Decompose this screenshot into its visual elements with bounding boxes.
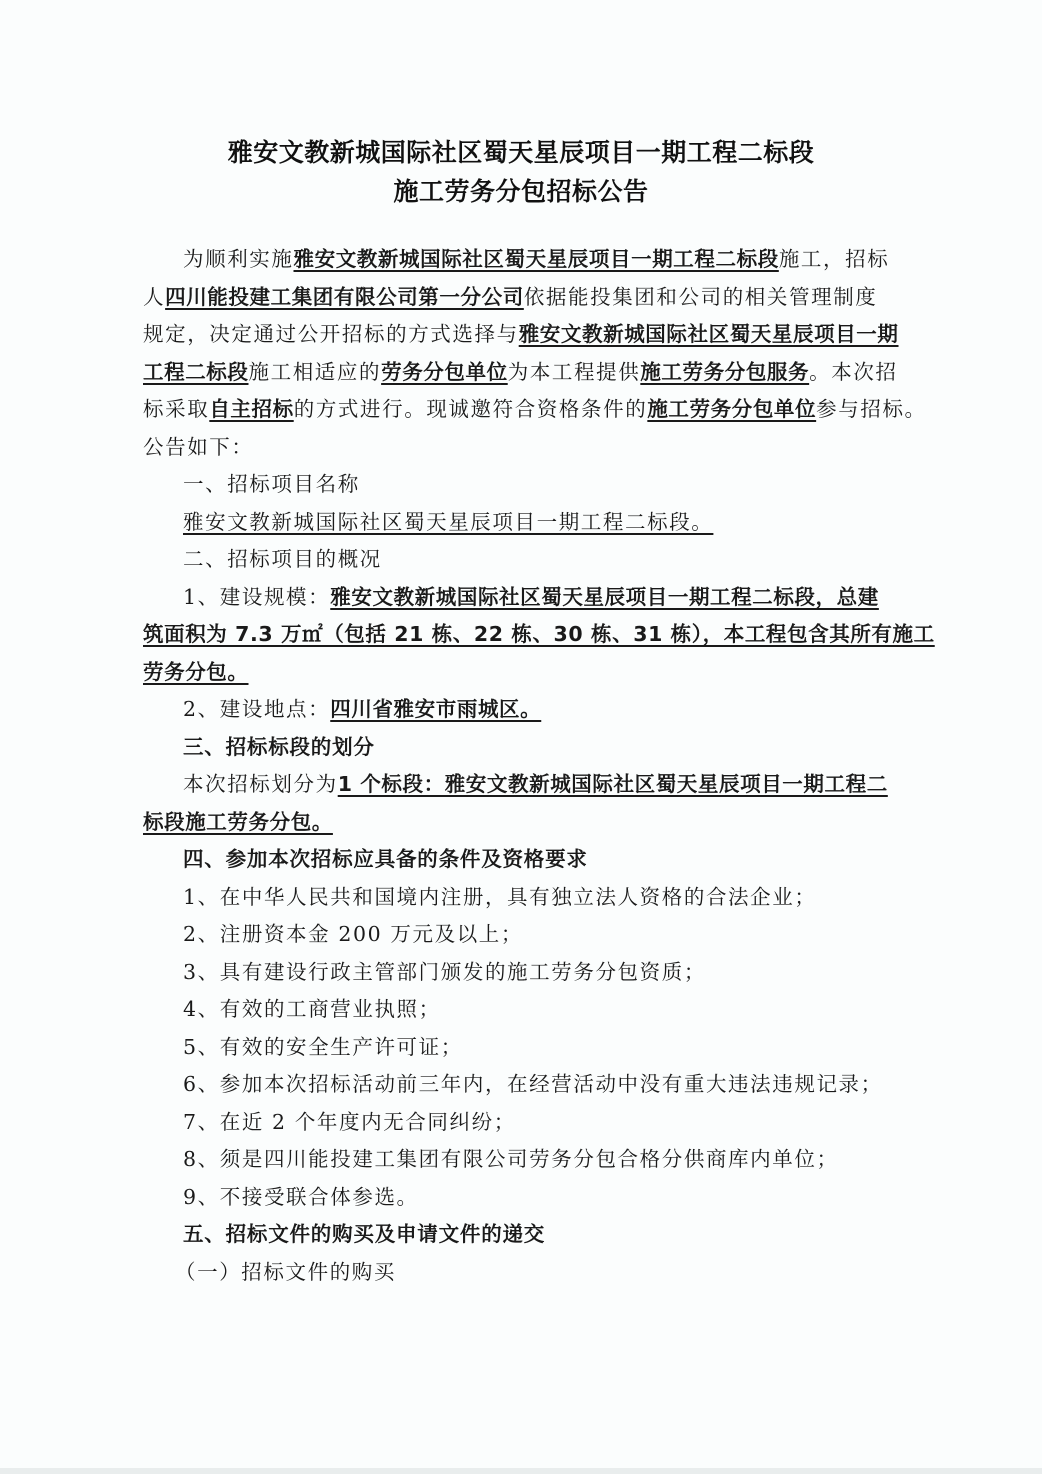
section-content: 本次招标划分为1 个标段：雅安文教新城国际社区蜀天星辰项目一期工程二 — [183, 770, 888, 798]
intro-text: 施工相适应的 — [249, 360, 382, 384]
requirement-item: 5、有效的安全生产许可证； — [183, 1033, 463, 1061]
section-heading: 五、招标文件的购买及申请文件的递交 — [183, 1220, 545, 1248]
lot-value: 1 个标段：雅安文教新城国际社区蜀天星辰项目一期工程二 — [338, 772, 888, 796]
scale-value: 雅安文教新城国际社区蜀天星辰项目一期工程二标段，总建 — [330, 585, 879, 609]
section-heading: 一、招标项目名称 — [183, 470, 360, 498]
intro-text: 标采取 — [143, 397, 209, 421]
intro-text: 施工，招标 — [779, 247, 890, 271]
requirement-item: 2、注册资本金 200 万元及以上； — [183, 920, 523, 948]
scale-value: 劳务分包。 — [143, 660, 249, 684]
requirement-item: 8、须是四川能投建工集团有限公司劳务分包合格分供商库内单位； — [183, 1145, 839, 1173]
location-label: 2、建设地点： — [183, 697, 330, 721]
project-name-underlined: 雅安文教新城国际社区蜀天星辰项目一期工程二标段。 — [183, 510, 713, 534]
intro-line: 公告如下： — [143, 433, 254, 461]
section-content: 标段施工劳务分包。 — [143, 808, 333, 836]
intro-line: 工程二标段施工相适应的劳务分包单位为本工程提供施工劳务分包服务。本次招 — [143, 358, 898, 386]
intro-line: 为顺利实施雅安文教新城国际社区蜀天星辰项目一期工程二标段施工，招标 — [183, 245, 889, 273]
requirement-item: 4、有效的工商营业执照； — [183, 995, 441, 1023]
section-heading: 四、参加本次招标应具备的条件及资格要求 — [183, 845, 588, 873]
requirement-item: 6、参加本次招标活动前三年内，在经营活动中没有重大违法违规记录； — [183, 1070, 883, 1098]
scale-value: 筑面积为 7.3 万㎡（包括 21 栋、22 栋、30 栋、31 栋），本工程包… — [143, 622, 935, 646]
section-text: 本次招标划分为 — [183, 772, 338, 796]
intro-text: 依据能投集团和公司的相关管理制度 — [524, 285, 878, 309]
service-underlined: 施工劳务分包服务 — [640, 360, 809, 384]
lot-value: 标段施工劳务分包。 — [143, 810, 333, 834]
subsection-heading: （一）招标文件的购买 — [175, 1258, 396, 1286]
document-title-line2: 施工劳务分包招标公告 — [0, 172, 1042, 208]
labor-unit-underlined: 劳务分包单位 — [381, 360, 508, 384]
section-content: 雅安文教新城国际社区蜀天星辰项目一期工程二标段。 — [183, 508, 713, 536]
intro-line: 标采取自主招标的方式进行。现诚邀符合资格条件的施工劳务分包单位参与招标。 — [143, 395, 927, 423]
scale-line: 1、建设规模：雅安文教新城国际社区蜀天星辰项目一期工程二标段，总建 — [183, 583, 879, 611]
intro-text: 的方式进行。现诚邀符合资格条件的 — [294, 397, 648, 421]
tenderer-name-underlined: 四川能投建工集团有限公司第一分公司 — [165, 285, 524, 309]
labor-unit-underlined: 施工劳务分包单位 — [647, 397, 816, 421]
requirement-item: 3、具有建设行政主管部门颁发的施工劳务分包资质； — [183, 958, 706, 986]
project-name-underlined: 雅安文教新城国际社区蜀天星辰项目一期工程二标段 — [294, 247, 779, 271]
tender-method-underlined: 自主招标 — [209, 397, 293, 421]
intro-text: 。本次招 — [809, 360, 897, 384]
project-name-underlined: 雅安文教新城国际社区蜀天星辰项目一期 — [519, 322, 899, 346]
requirement-item: 7、在近 2 个年度内无合同纠纷； — [183, 1108, 516, 1136]
scan-bottom-edge — [0, 1468, 1042, 1474]
section-heading: 二、招标项目的概况 — [183, 545, 382, 573]
document-title-line1: 雅安文教新城国际社区蜀天星辰项目一期工程二标段 — [0, 133, 1042, 169]
project-name-underlined: 工程二标段 — [143, 360, 249, 384]
intro-text: 为顺利实施 — [183, 247, 294, 271]
intro-line: 规定，决定通过公开招标的方式选择与雅安文教新城国际社区蜀天星辰项目一期 — [143, 320, 899, 348]
scale-line: 劳务分包。 — [143, 658, 249, 686]
requirement-item: 9、不接受联合体参选。 — [183, 1183, 419, 1211]
section-heading: 三、招标标段的划分 — [183, 733, 375, 761]
scale-label: 1、建设规模： — [183, 585, 330, 609]
location-line: 2、建设地点：四川省雅安市雨城区。 — [183, 695, 541, 723]
requirement-item: 1、在中华人民共和国境内注册，具有独立法人资格的合法企业； — [183, 883, 816, 911]
location-value: 四川省雅安市雨城区。 — [330, 697, 541, 721]
scale-line: 筑面积为 7.3 万㎡（包括 21 栋、22 栋、30 栋、31 栋），本工程包… — [143, 620, 935, 648]
intro-text: 人 — [143, 285, 165, 309]
intro-text: 为本工程提供 — [508, 360, 641, 384]
intro-text: 规定，决定通过公开招标的方式选择与 — [143, 322, 519, 346]
intro-line: 人四川能投建工集团有限公司第一分公司依据能投集团和公司的相关管理制度 — [143, 283, 877, 311]
intro-text: 参与招标。 — [816, 397, 927, 421]
